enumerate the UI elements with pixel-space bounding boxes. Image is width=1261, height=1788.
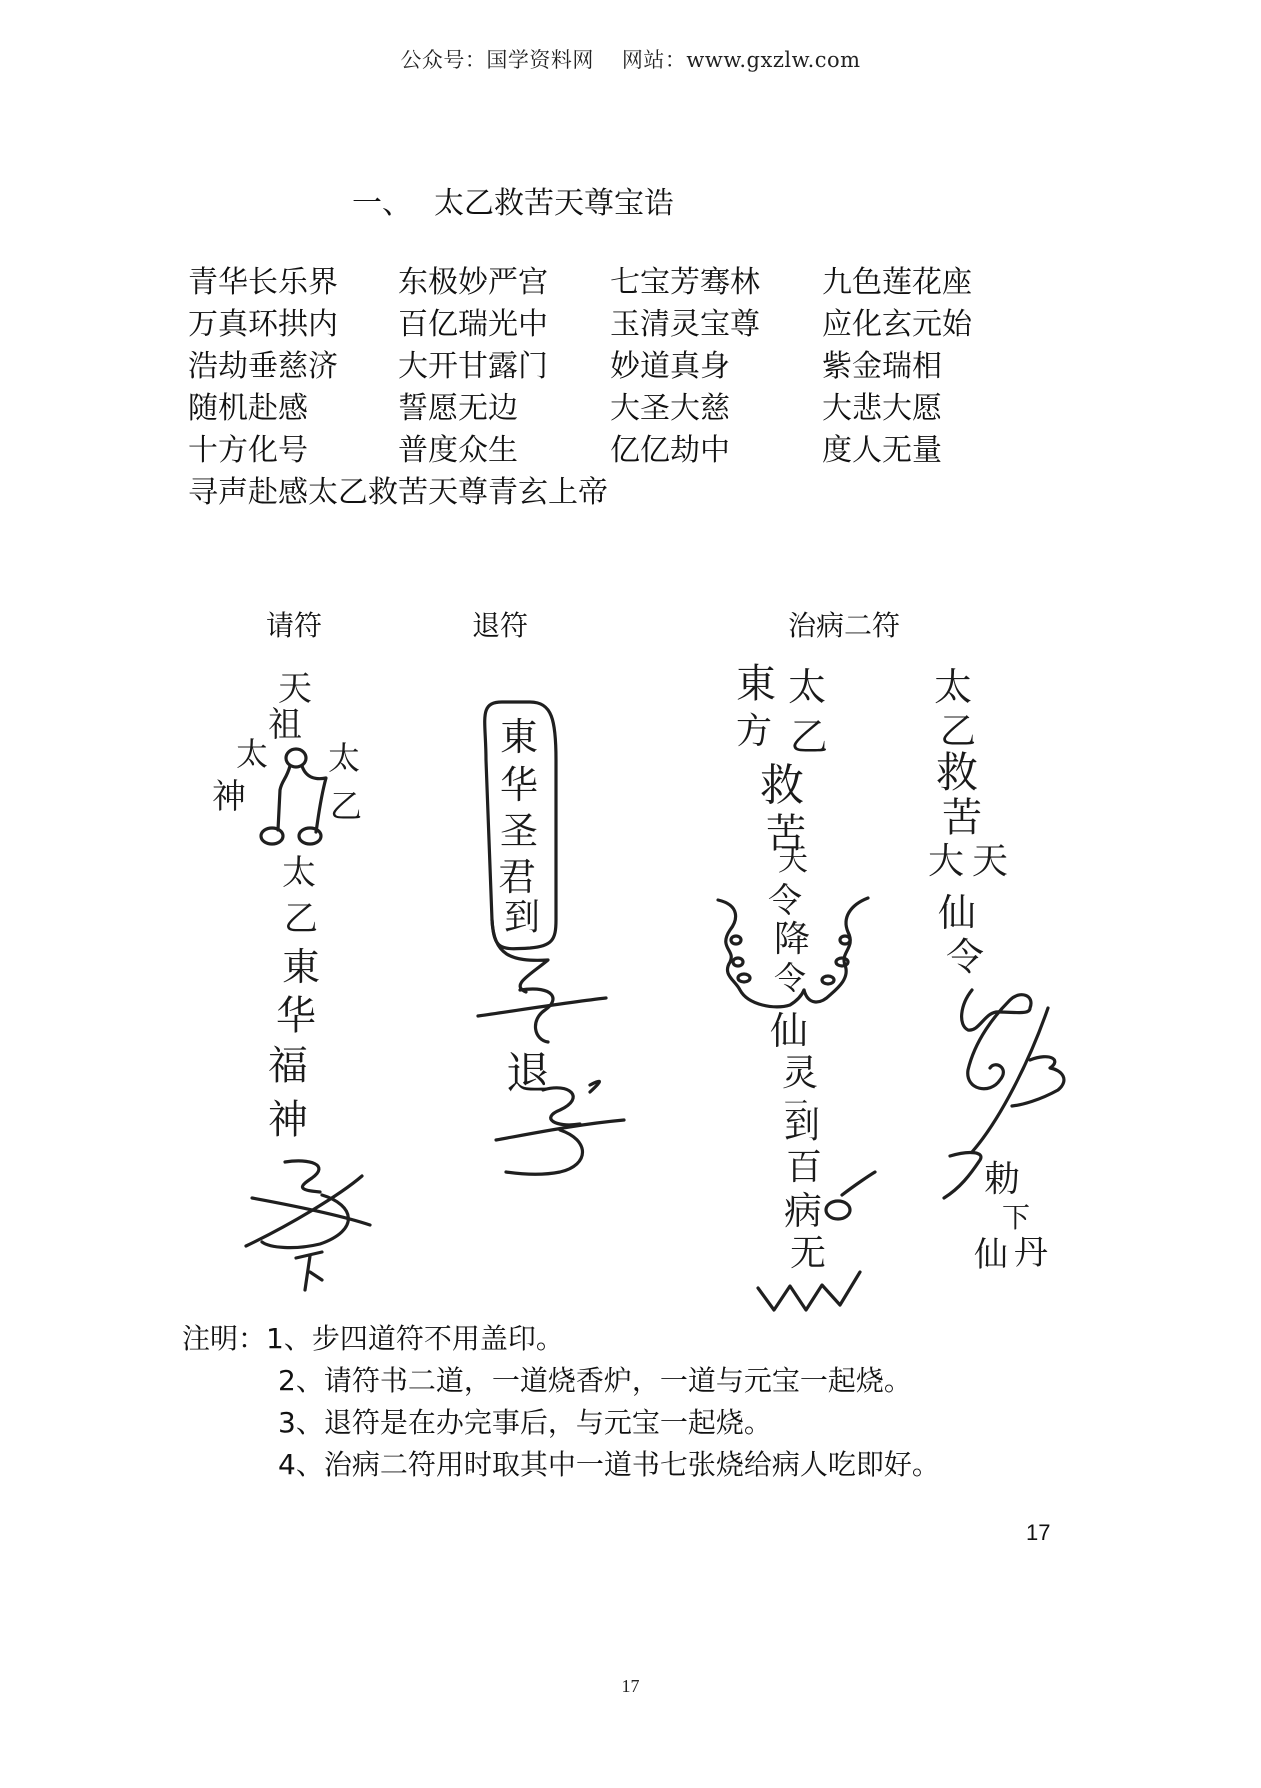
talisman-char: 仙 [770, 1012, 808, 1050]
talisman-char: 東 [282, 948, 320, 986]
talisman-char: 仙 [974, 1238, 1008, 1272]
talisman-char: 乙 [330, 790, 362, 822]
talisman-char: 乙 [284, 902, 318, 936]
talisman-char: 到 [504, 900, 540, 936]
talisman-char: 太 [934, 668, 972, 706]
talisman-char: 百 [786, 1150, 822, 1186]
talisman-char: 华 [500, 766, 538, 804]
talisman-char: 勅 [984, 1162, 1020, 1198]
talisman-char: 到 [784, 1108, 820, 1144]
note-item: 4、治病二符用时取其中一道书七张烧给病人吃即好。 [182, 1444, 940, 1486]
talisman-strokes [0, 0, 1261, 1788]
talisman-char: 乙 [940, 714, 976, 750]
talisman-char: 救 [760, 764, 804, 808]
talisman-char: 苦 [942, 798, 982, 838]
talisman-char: 下 [1002, 1204, 1030, 1232]
talisman-char: 病 [784, 1192, 822, 1230]
talisman-char: 令 [774, 962, 806, 994]
talisman-char: 退 [506, 1052, 550, 1096]
talisman-char: 救 [936, 752, 978, 794]
talisman-char: 神 [268, 1100, 308, 1140]
talisman-char: 无 [790, 1236, 826, 1272]
talisman-char: 降 [774, 922, 810, 958]
note-item: 注明：1、步四道符不用盖印。 [182, 1318, 940, 1360]
talisman-char: 乙 [790, 718, 828, 756]
talisman-char: 令 [946, 938, 984, 976]
talisman-char: 仙 [938, 894, 976, 932]
talisman-char: 祖 [268, 708, 302, 742]
talisman-char: 太 [788, 668, 826, 706]
note-item: 2、请符书二道，一道烧香炉，一道与元宝一起烧。 [182, 1360, 940, 1402]
talisman-char: 大 [928, 844, 964, 880]
note-text: 1、步四道符不用盖印。 [266, 1322, 564, 1355]
page-number-footer: 17 [0, 1676, 1261, 1697]
notes-section: 注明：1、步四道符不用盖印。 2、请符书二道，一道烧香炉，一道与元宝一起烧。 3… [182, 1318, 940, 1486]
page-number-inline: 17 [1026, 1520, 1050, 1546]
talisman-char: 福 [268, 1046, 308, 1086]
talisman-char: 君 [498, 858, 536, 896]
talisman-char: 東 [500, 718, 538, 756]
notes-prefix: 注明： [182, 1322, 266, 1355]
talisman-char: 天 [972, 844, 1008, 880]
talisman-char: 圣 [500, 812, 538, 850]
talisman-char: 天 [278, 672, 312, 706]
talisman-char: 方 [736, 714, 772, 750]
talisman-char: 灵 [782, 1056, 818, 1092]
talisman-char: 神 [212, 780, 246, 814]
talisman-char: 太 [328, 742, 360, 774]
talisman-char: 天 [778, 846, 808, 876]
talisman-char: 太 [236, 738, 268, 770]
talisman-char: 太 [282, 856, 316, 890]
talisman-char: 東 [736, 664, 776, 704]
talisman-char: 丹 [1014, 1236, 1048, 1270]
talisman-char: 令 [768, 884, 802, 918]
note-item: 3、退符是在办完事后，与元宝一起烧。 [182, 1402, 940, 1444]
talisman-char: 华 [276, 996, 316, 1036]
